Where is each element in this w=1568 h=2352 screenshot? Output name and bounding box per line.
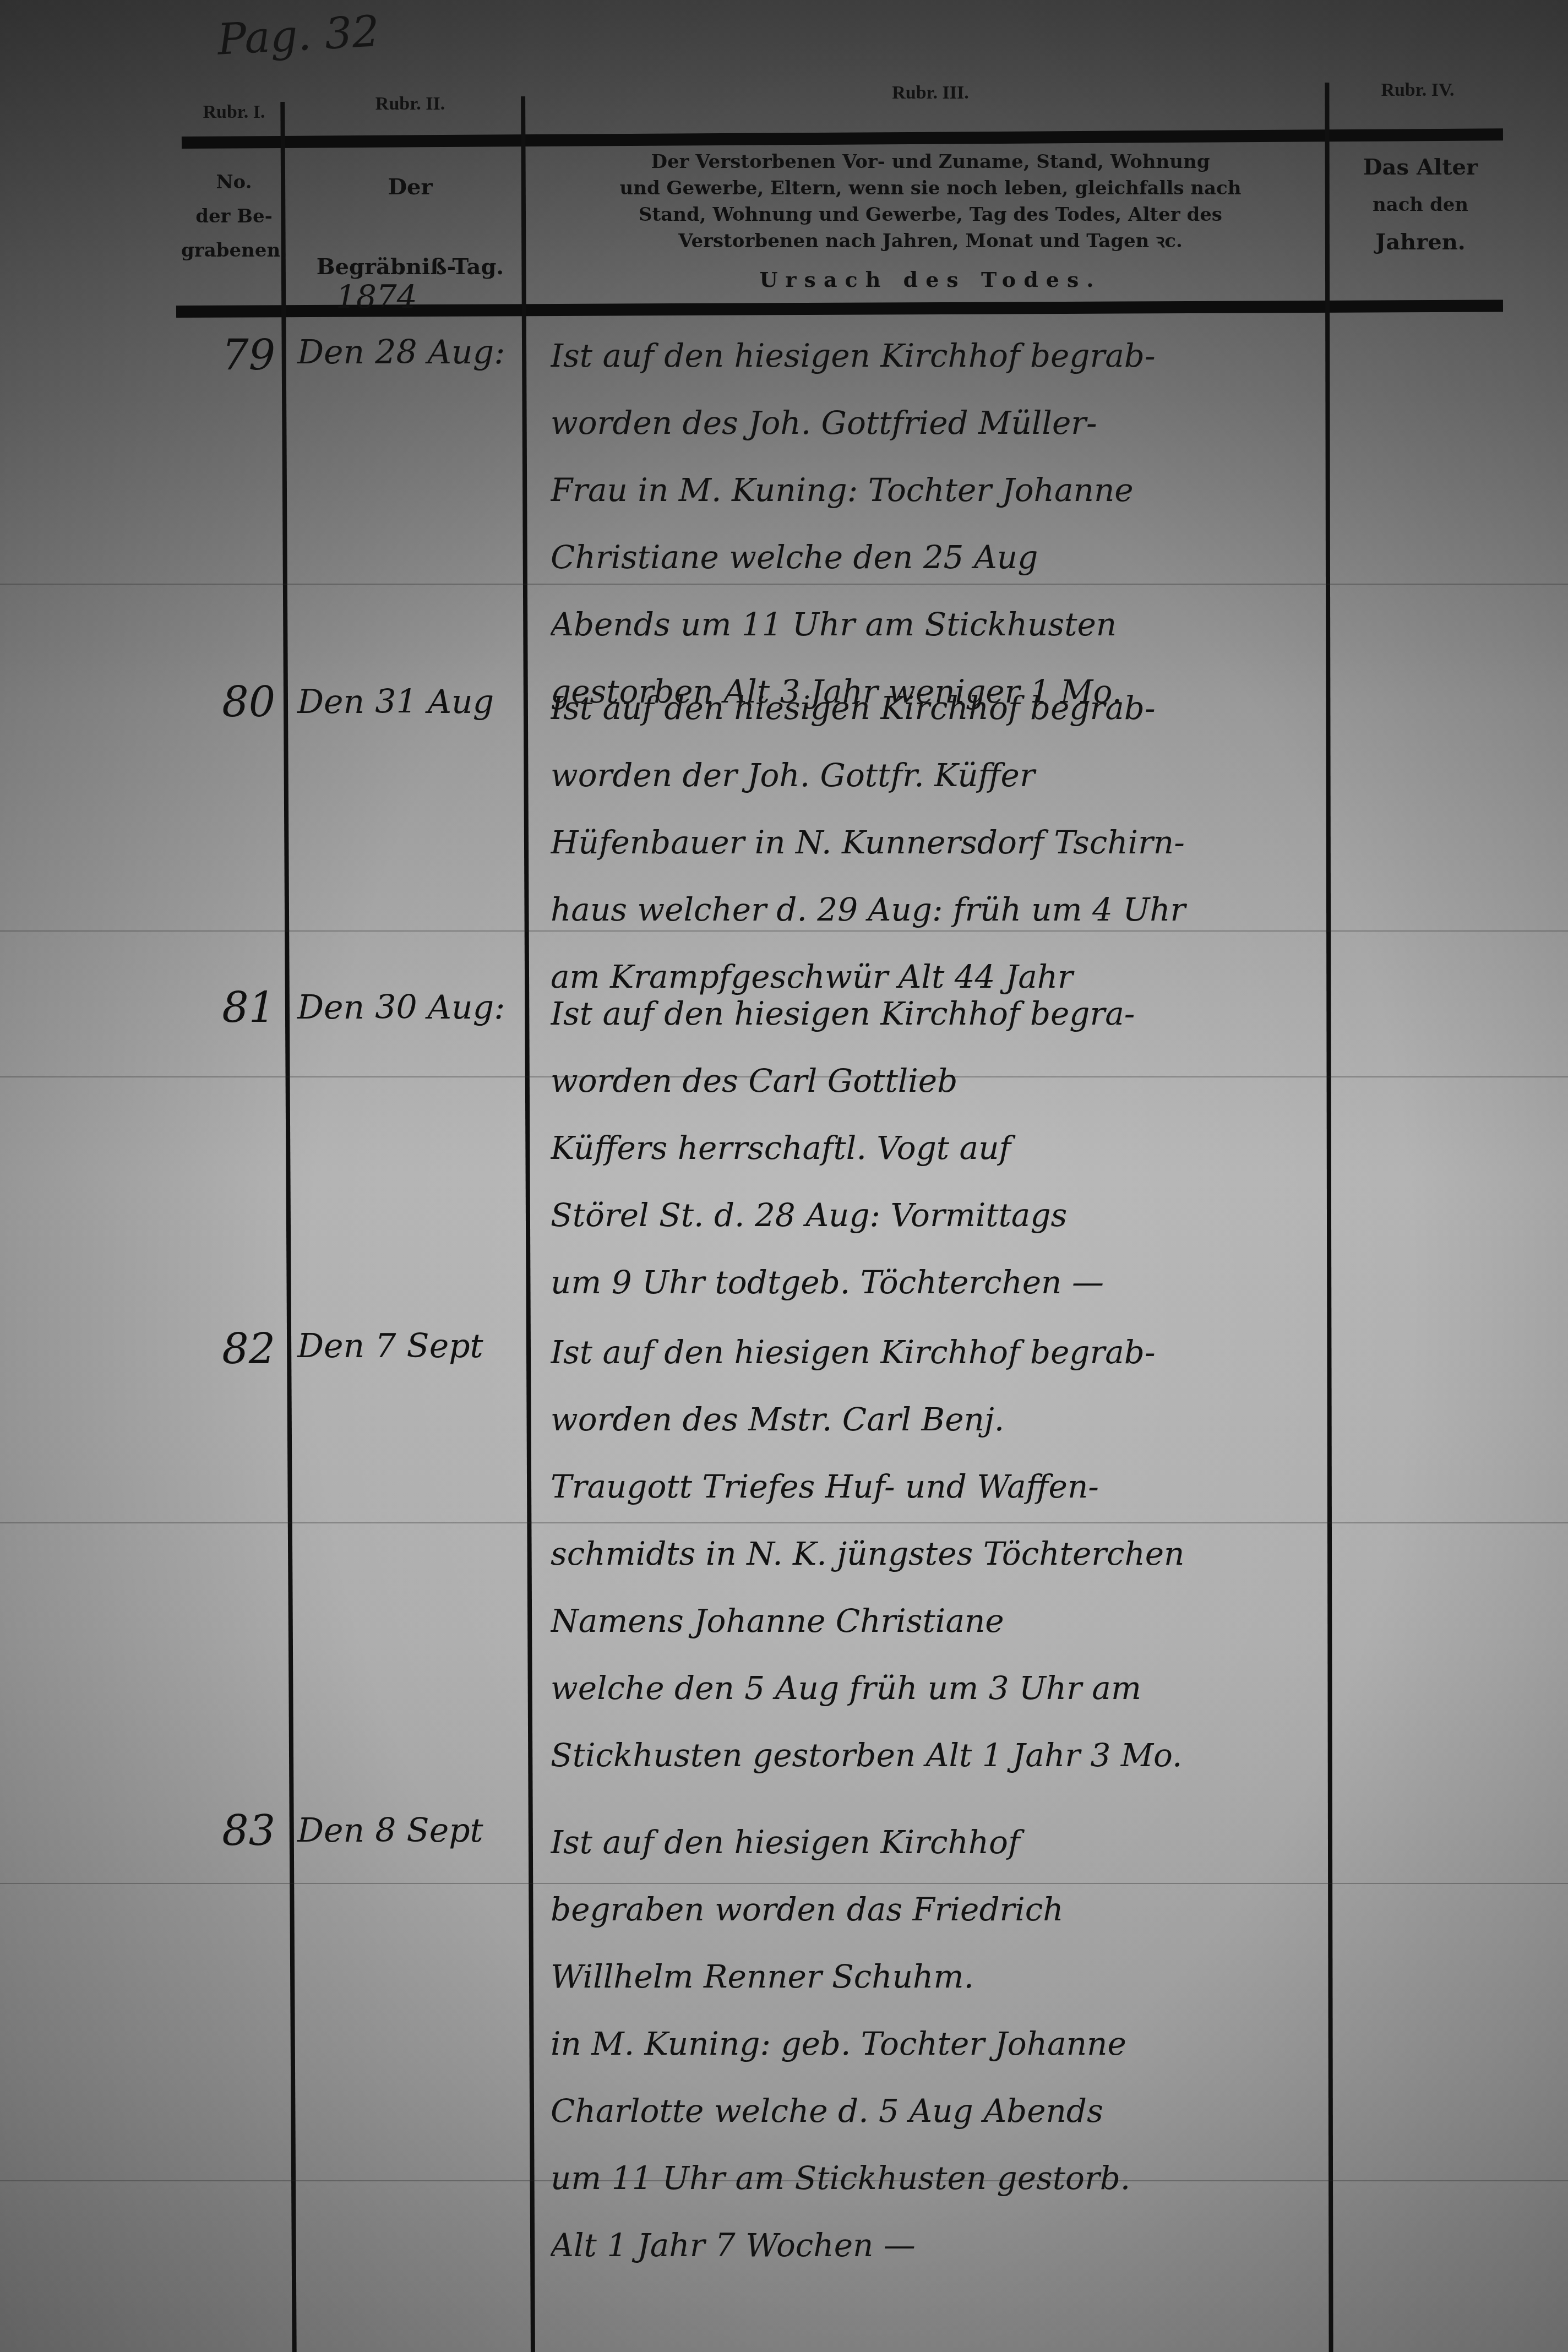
- header-col4-line: nach den: [1338, 186, 1503, 224]
- entry-date: Den 8 Sept: [297, 1811, 483, 1850]
- entry-line: haus welcher d. 29 Aug: früh um 4 Uhr: [551, 876, 1332, 943]
- entry-number: 83: [176, 1806, 275, 1855]
- header-col1-line: grabenen.: [179, 233, 289, 268]
- entry-line: Ist auf den hiesigen Kirchhof begrab-: [551, 322, 1332, 389]
- entry-line: worden des Carl Gottlieb: [551, 1047, 1332, 1114]
- entry-line: Willhelm Renner Schuhm.: [551, 1943, 1332, 2010]
- entry-text: Ist auf den hiesigen Kirchhof begra- wor…: [551, 980, 1332, 1316]
- header-col1-line: No.: [179, 165, 289, 199]
- entry-line: um 11 Uhr am Stickhusten gestorb.: [551, 2144, 1332, 2212]
- year-handwritten: 1874: [336, 278, 417, 315]
- entry-line: Abends um 11 Uhr am Stickhusten: [551, 591, 1332, 658]
- entry-line: Störel St. d. 28 Aug: Vormittags: [551, 1182, 1332, 1249]
- entry-text: Ist auf den hiesigen Kirchhof begrab- wo…: [551, 674, 1332, 1010]
- entry-line: Ist auf den hiesigen Kirchhof begrab-: [551, 1319, 1332, 1386]
- header-col3-footer: Ursach des Todes.: [537, 266, 1324, 293]
- entry-line: um 9 Uhr todtgeb. Töchterchen —: [551, 1249, 1332, 1316]
- header-top-rule: [182, 128, 1503, 149]
- entry-date: Den 28 Aug:: [297, 333, 505, 372]
- entry-line: begraben worden das Friedrich: [551, 1876, 1332, 1943]
- entry-text: Ist auf den hiesigen Kirchhof begrab- wo…: [551, 322, 1332, 725]
- entry-text: Ist auf den hiesigen Kirchhof begrab- wo…: [551, 1319, 1332, 1789]
- entry-line: Ist auf den hiesigen Kirchhof begra-: [551, 980, 1332, 1047]
- entry-number: 81: [176, 983, 275, 1032]
- column-divider-1: [280, 102, 296, 2352]
- entry-line: Christiane welche den 25 Aug: [551, 524, 1332, 591]
- rubric-1-label: Rubr. I.: [182, 102, 286, 123]
- header-col3-line: Verstorbenen nach Jahren, Monat und Tage…: [537, 228, 1324, 254]
- entry-number: 82: [176, 1324, 275, 1373]
- entry-date: Den 7 Sept: [297, 1327, 483, 1365]
- header-col1-line: der Be-: [179, 199, 289, 233]
- entry-line: schmidts in N. K. jüngstes Töchterchen: [551, 1520, 1332, 1587]
- rubric-2-label: Rubr. II.: [292, 94, 529, 115]
- entry-line: welche den 5 Aug früh um 3 Uhr am: [551, 1654, 1332, 1722]
- header-col2-line: Der: [292, 173, 529, 201]
- header-col2-line: Begräbniß-Tag.: [292, 253, 529, 281]
- entry-number: 80: [176, 677, 275, 726]
- header-col3: Der Verstorbenen Vor- und Zuname, Stand,…: [537, 149, 1324, 293]
- entry-line: Ist auf den hiesigen Kirchhof begrab-: [551, 674, 1332, 742]
- entry-text: Ist auf den hiesigen Kirchhof begraben w…: [551, 1809, 1332, 2279]
- header-col4: Das Alter nach den Jahren.: [1338, 149, 1503, 261]
- header-col4-line: Das Alter: [1338, 149, 1503, 186]
- column-divider-2: [521, 96, 535, 2352]
- entry-line: Alt 1 Jahr 7 Wochen —: [551, 2212, 1332, 2279]
- entry-line: Frau in M. Kuning: Tochter Johanne: [551, 456, 1332, 524]
- rubric-4-label: Rubr. IV.: [1332, 80, 1503, 101]
- entry-line: Charlotte welche d. 5 Aug Abends: [551, 2077, 1332, 2144]
- header-col3-line: Der Verstorbenen Vor- und Zuname, Stand,…: [537, 149, 1324, 175]
- entry-line: Traugott Triefes Huf- und Waffen-: [551, 1453, 1332, 1520]
- header-col1: No. der Be- grabenen.: [179, 165, 289, 268]
- entry-line: Küffers herrschaftl. Vogt auf: [551, 1114, 1332, 1182]
- entry-line: worden des Joh. Gottfried Müller-: [551, 389, 1332, 456]
- entry-date: Den 30 Aug:: [297, 988, 505, 1027]
- header-col3-line: und Gewerbe, Eltern, wenn sie noch leben…: [537, 175, 1324, 202]
- entry-line: worden des Mstr. Carl Benj.: [551, 1386, 1332, 1453]
- entry-line: Hüfenbauer in N. Kunnersdorf Tschirn-: [551, 809, 1332, 876]
- header-col4-line: Jahren.: [1338, 224, 1503, 261]
- rubric-3-label: Rubr. III.: [529, 83, 1332, 104]
- page-number-label: Pag. 32: [216, 7, 381, 64]
- entry-line: Stickhusten gestorben Alt 1 Jahr 3 Mo.: [551, 1722, 1332, 1789]
- entry-line: Namens Johanne Christiane: [551, 1587, 1332, 1654]
- entry-number: 79: [176, 330, 275, 379]
- entry-line: Ist auf den hiesigen Kirchhof: [551, 1809, 1332, 1876]
- header-col3-line: Stand, Wohnung und Gewerbe, Tag des Tode…: [537, 202, 1324, 228]
- header-col2: Der Begräbniß-Tag.: [292, 173, 529, 281]
- entry-line: in M. Kuning: geb. Tochter Johanne: [551, 2010, 1332, 2077]
- entry-date: Den 31 Aug: [297, 683, 494, 721]
- entry-line: worden der Joh. Gottfr. Küffer: [551, 742, 1332, 809]
